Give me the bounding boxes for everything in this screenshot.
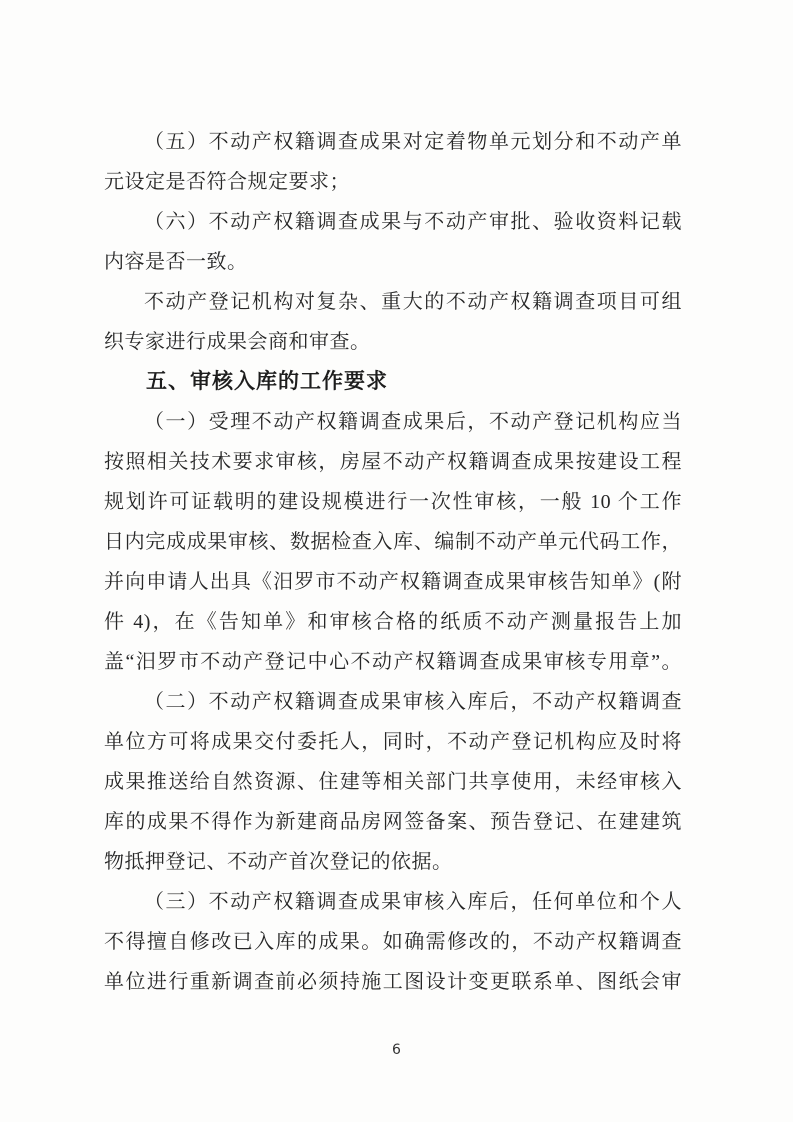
text-line: 单位进行重新调查前必须持施工图设计变更联系单、图纸会审 — [104, 962, 682, 1002]
document-body: （五）不动产权籍调查成果对定着物单元划分和不动产单 元设定是否符合规定要求； （… — [104, 122, 682, 1002]
text-line: 库的成果不得作为新建商品房网签备案、预告登记、在建建筑 — [104, 802, 682, 842]
text-line: （五）不动产权籍调查成果对定着物单元划分和不动产单 — [104, 122, 682, 162]
scanned-document-page: （五）不动产权籍调查成果对定着物单元划分和不动产单 元设定是否符合规定要求； （… — [0, 0, 793, 1122]
text-line: 并向申请人出具《汨罗市不动产权籍调查成果审核告知单》(附 — [104, 562, 682, 602]
text-line: （六）不动产权籍调查成果与不动产审批、验收资料记载 — [104, 202, 682, 242]
text-line: 不动产登记机构对复杂、重大的不动产权籍调查项目可组 — [104, 282, 682, 322]
text-line: 物抵押登记、不动产首次登记的依据。 — [104, 842, 682, 882]
text-line: 件 4)，在《告知单》和审核合格的纸质不动产测量报告上加 — [104, 602, 682, 642]
text-line: 织专家进行成果会商和审查。 — [104, 322, 682, 362]
text-line: 单位方可将成果交付委托人，同时，不动产登记机构应及时将 — [104, 722, 682, 762]
text-line: 规划许可证载明的建设规模进行一次性审核，一般 10 个工作 — [104, 482, 682, 522]
text-line: 内容是否一致。 — [104, 242, 682, 282]
section-heading: 五、审核入库的工作要求 — [104, 362, 682, 402]
text-line: 元设定是否符合规定要求； — [104, 162, 682, 202]
text-line: 不得擅自修改已入库的成果。如确需修改的，不动产权籍调查 — [104, 922, 682, 962]
text-line: 按照相关技术要求审核，房屋不动产权籍调查成果按建设工程 — [104, 442, 682, 482]
text-line: 盖“汨罗市不动产登记中心不动产权籍调查成果审核专用章”。 — [104, 642, 682, 682]
text-line: 日内完成成果审核、数据检查入库、编制不动产单元代码工作， — [104, 522, 682, 562]
page-number: 6 — [0, 1040, 793, 1060]
text-line: （一）受理不动产权籍调查成果后，不动产登记机构应当 — [104, 402, 682, 442]
text-line: （三）不动产权籍调查成果审核入库后，任何单位和个人 — [104, 882, 682, 922]
text-line: （二）不动产权籍调查成果审核入库后，不动产权籍调查 — [104, 682, 682, 722]
text-line: 成果推送给自然资源、住建等相关部门共享使用，未经审核入 — [104, 762, 682, 802]
